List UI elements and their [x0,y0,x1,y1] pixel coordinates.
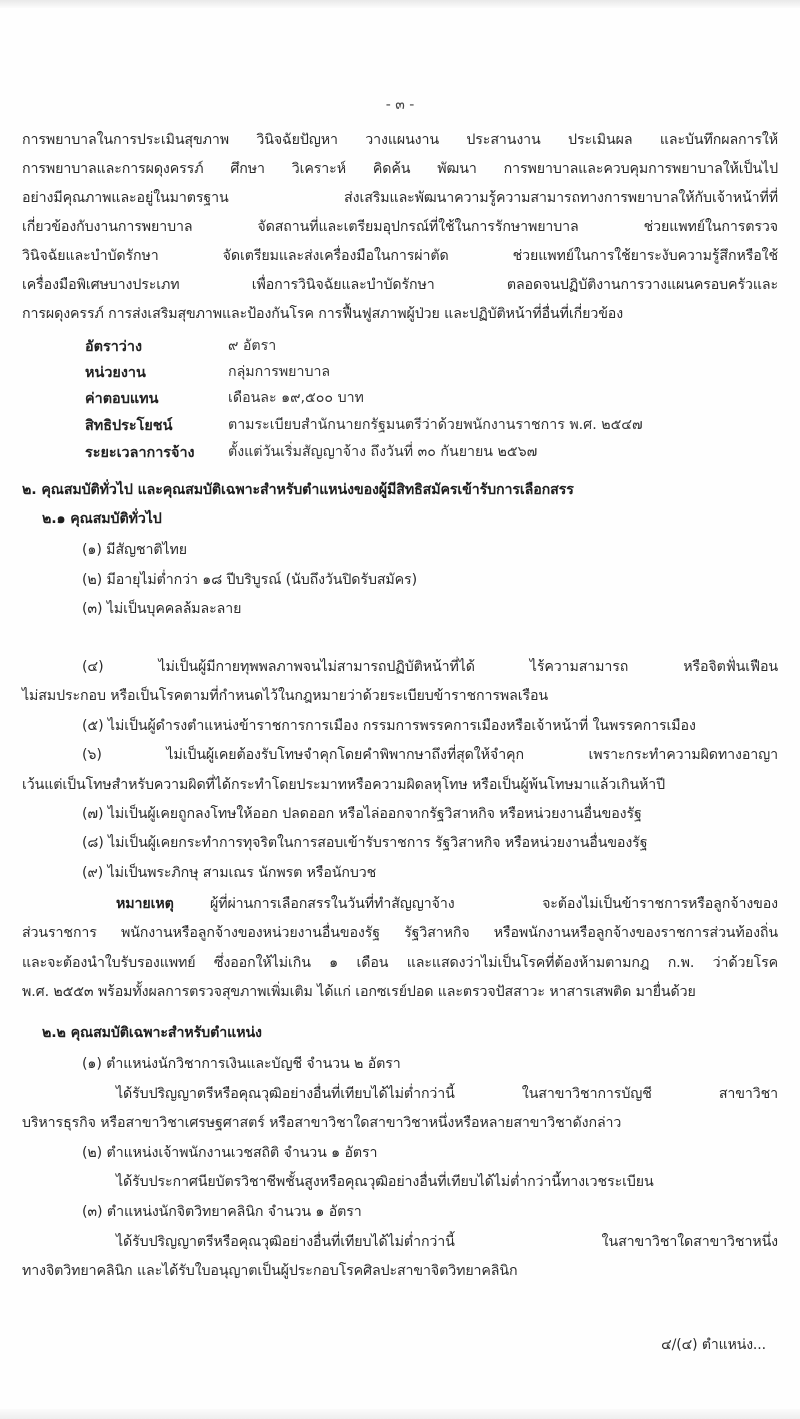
qualification-item: (๖) ไม่เป็นผู้เคยต้องรับโทษจำคุกโดยคำพิพ… [82,746,778,764]
detail-value-vacancy: ๙ อัตรา [228,335,276,357]
position-requirement: ได้รับปริญญาตรีหรือคุณวุฒิอย่างอื่นที่เท… [116,1085,778,1103]
qualification-item: (๘) ไม่เป็นผู้เคยกระทำการทุจริตในการสอบเ… [82,834,647,852]
qualification-item: (๑) มีสัญชาติไทย [82,541,187,559]
detail-value-salary: เดือนละ ๑๙,๕๐๐ บาท [228,387,364,409]
qualification-item: (๓) ไม่เป็นบุคคลล้มละลาย [82,600,241,618]
position-requirement: ทางจิตวิทยาคลินิก และได้รับใบอนุญาตเป็นผ… [22,1262,518,1280]
section-2-2-heading: ๒.๒ คุณสมบัติเฉพาะสำหรับตำแหน่ง [42,1024,262,1042]
section-2-1-heading: ๒.๑ คุณสมบัติทั่วไป [42,510,162,528]
section-2-heading: ๒. คุณสมบัติทั่วไป และคุณสมบัติเฉพาะสำหร… [22,481,574,499]
continuation-reference: ๔/(๔) ตำแหน่ง... [661,1336,766,1354]
intro-line: เกี่ยวข้องกับงานการพยาบาล จัดสถานที่และเ… [22,218,778,236]
document-page: - ๓ - การพยาบาลในการประเมินสุขภาพ วินิจฉ… [0,0,800,1419]
note-line: และจะต้องนำใบรับรองแพทย์ ซึ่งออกให้ไม่เก… [22,954,778,972]
intro-line: การพยาบาลและการผดุงครรภ์ ศึกษา วิเคราะห์… [22,160,778,178]
scan-bottom-edge [0,1409,800,1419]
position-title: (๓) ตำแหน่งนักจิตวิทยาคลินิก จำนวน ๑ อัต… [82,1203,362,1221]
detail-value-duration: ตั้งแต่วันเริ่มสัญญาจ้าง ถึงวันที่ ๓๐ กั… [228,441,537,463]
detail-value-benefits: ตามระเบียบสำนักนายกรัฐมนตรีว่าด้วยพนักงา… [228,414,643,436]
scan-top-edge [0,0,800,8]
detail-label-vacancy: อัตราว่าง [85,335,142,358]
qualification-item: (๕) ไม่เป็นผู้ดำรงตำแหน่งข้าราชการการเมื… [82,717,696,735]
qualification-item: (๗) ไม่เป็นผู้เคยถูกลงโทษให้ออก ปลดออก ห… [82,805,642,823]
qualification-item: (๔) ไม่เป็นผู้มีกายทุพพลภาพจนไม่สามารถปฏ… [82,658,778,676]
note-line: พ.ศ. ๒๕๕๓ พร้อมทั้งผลการตรวจสุขภาพเพิ่มเ… [22,983,696,1001]
qualification-item-cont: ไม่สมประกอบ หรือเป็นโรคตามที่กำหนดไว้ในก… [22,687,548,705]
intro-line: อย่างมีคุณภาพและอยู่ในมาตรฐาน ส่งเสริมแล… [22,189,778,207]
note-label: หมายเหตุ [116,895,174,913]
position-title: (๑) ตำแหน่งนักวิชาการเงินและบัญชี จำนวน … [82,1055,401,1073]
detail-label-unit: หน่วยงาน [85,361,146,384]
note-line: ส่วนราชการ พนักงานหรือลูกจ้างของหน่วยงาน… [22,924,778,942]
qualification-item: (๒) มีอายุไม่ต่ำกว่า ๑๘ ปีบริบูรณ์ (นับถ… [82,571,417,589]
detail-value-unit: กลุ่มการพยาบาล [228,361,330,383]
position-requirement: บริหารธุรกิจ หรือสาขาวิชาเศรษฐศาสตร์ หรื… [22,1114,621,1132]
detail-label-salary: ค่าตอบแทน [85,387,158,410]
intro-line: เครื่องมือพิเศษบางประเภท เพื่อการวินิจฉั… [22,276,778,294]
intro-line: การผดุงครรภ์ การส่งเสริมสุขภาพและป้องกัน… [22,305,623,323]
position-requirement: ได้รับปริญญาตรีหรือคุณวุฒิอย่างอื่นที่เท… [116,1233,778,1251]
page-number: - ๓ - [0,94,800,116]
detail-label-benefits: สิทธิประโยชน์ [85,414,172,437]
position-requirement: ได้รับประกาศนียบัตรวิชาชีพชั้นสูงหรือคุณ… [116,1173,654,1191]
intro-line: การพยาบาลในการประเมินสุขภาพ วินิจฉัยปัญห… [22,131,778,149]
qualification-item-cont: เว้นแต่เป็นโทษสำหรับความผิดที่ได้กระทำโด… [22,776,665,794]
detail-label-duration: ระยะเวลาการจ้าง [85,441,195,464]
intro-line: วินิจฉัยและบำบัดรักษา จัดเตรียมและส่งเคร… [22,247,778,265]
note-line: ผู้ที่ผ่านการเลือกสรรในวันที่ทำสัญญาจ้าง… [210,895,778,913]
qualification-item: (๙) ไม่เป็นพระภิกษุ สามเณร นักพรต หรือนั… [82,864,376,882]
position-title: (๒) ตำแหน่งเจ้าพนักงานเวชสถิติ จำนวน ๑ อ… [82,1144,377,1162]
